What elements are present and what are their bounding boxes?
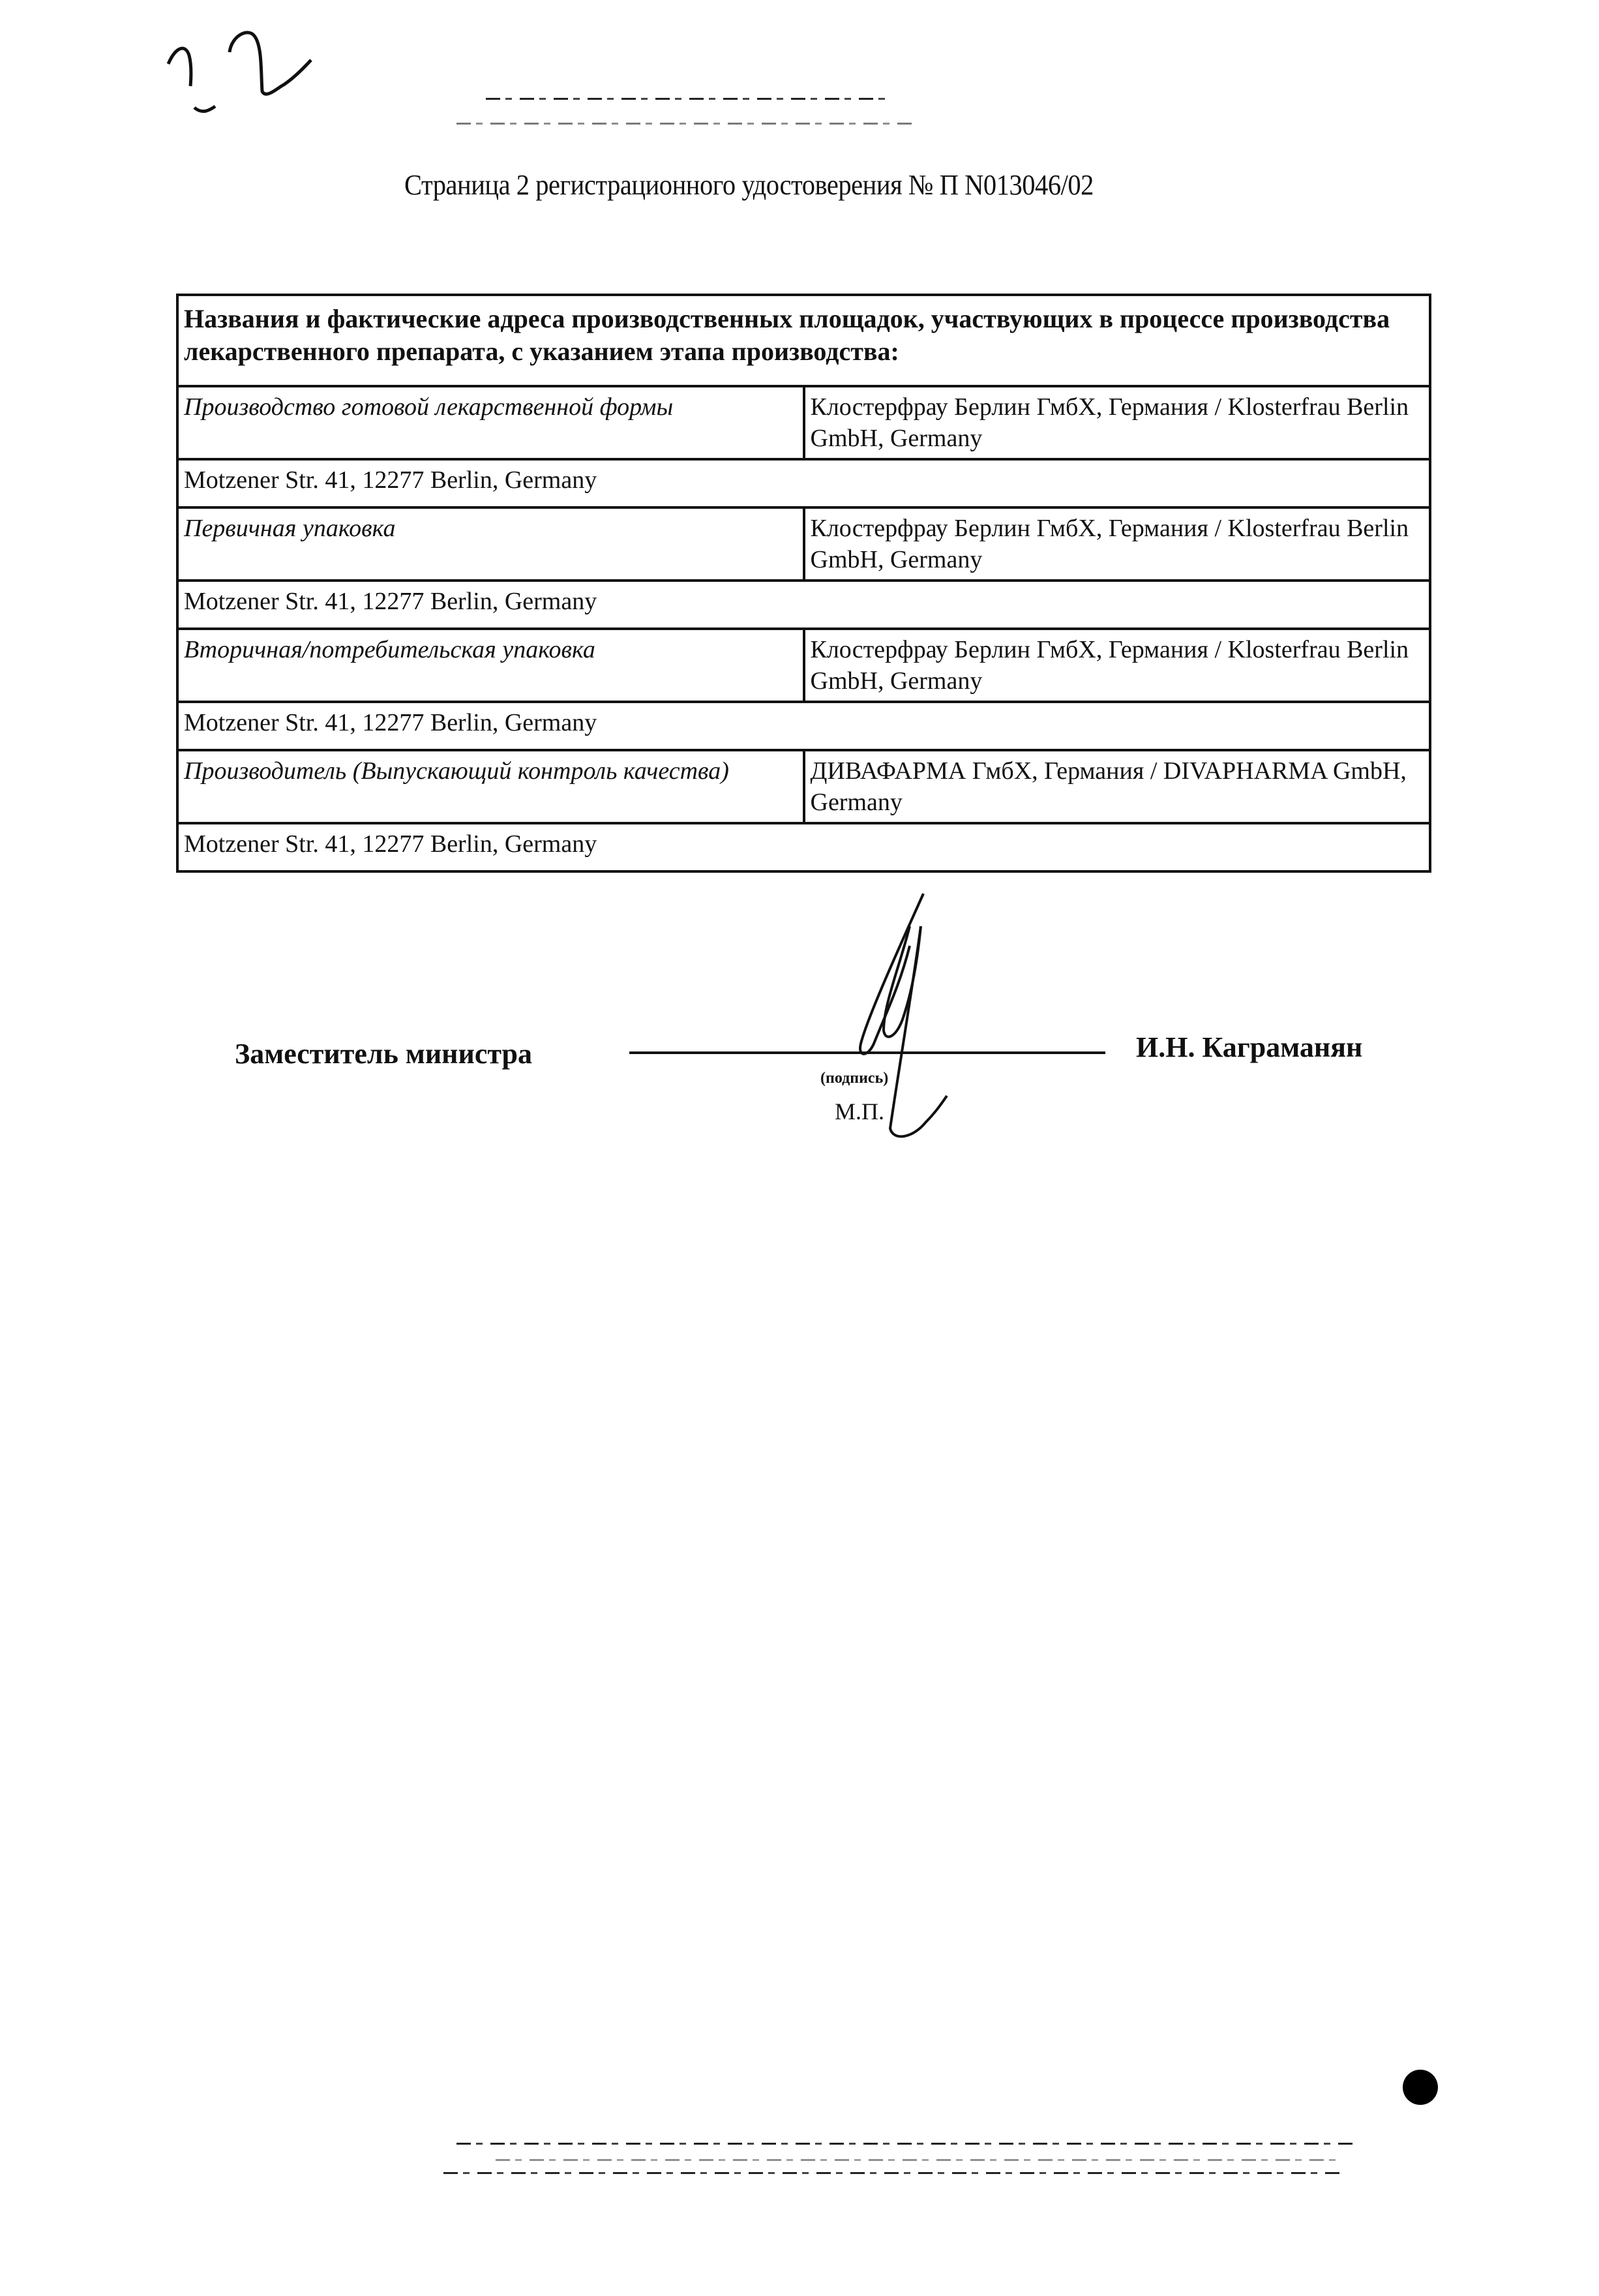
site-address: Motzener Str. 41, 12277 Berlin, Germany <box>177 823 1430 871</box>
scan-artifact-line <box>443 2172 1343 2174</box>
site-address: Motzener Str. 41, 12277 Berlin, Germany <box>177 702 1430 750</box>
table-row: Производство готовой лекарственной формы… <box>177 386 1430 459</box>
table-heading: Названия и фактические адреса производст… <box>177 295 1430 386</box>
production-sites-table: Названия и фактические адреса производст… <box>176 294 1431 873</box>
production-stage: Производитель (Выпускающий контроль каче… <box>177 750 804 823</box>
signatory-role: Заместитель министра <box>235 1037 532 1070</box>
punch-hole-mark <box>1403 2070 1438 2105</box>
table-row: Motzener Str. 41, 12277 Berlin, Germany <box>177 459 1430 507</box>
company-name: ДИВАФАРМА ГмбХ, Германия / DIVAPHARMA Gm… <box>804 750 1431 823</box>
page-title: Страница 2 регистрационного удостоверени… <box>404 168 1094 202</box>
production-stage: Первичная упаковка <box>177 507 804 581</box>
handwritten-page-number <box>150 20 320 124</box>
site-address: Motzener Str. 41, 12277 Berlin, Germany <box>177 581 1430 629</box>
scan-artifact-line <box>456 123 913 125</box>
site-address: Motzener Str. 41, 12277 Berlin, Germany <box>177 459 1430 507</box>
table-row: Производитель (Выпускающий контроль каче… <box>177 750 1430 823</box>
table-row: Motzener Str. 41, 12277 Berlin, Germany <box>177 581 1430 629</box>
company-name: Клостерфрау Берлин ГмбХ, Германия / Klos… <box>804 507 1431 581</box>
table-row: Motzener Str. 41, 12277 Berlin, Germany <box>177 823 1430 871</box>
production-stage: Производство готовой лекарственной формы <box>177 386 804 459</box>
table-row: Motzener Str. 41, 12277 Berlin, Germany <box>177 702 1430 750</box>
table-heading-row: Названия и фактические адреса производст… <box>177 295 1430 386</box>
company-name: Клостерфрау Берлин ГмбХ, Германия / Klos… <box>804 629 1431 702</box>
table-row: Вторичная/потребительская упаковка Клост… <box>177 629 1430 702</box>
handwritten-signature <box>770 887 978 1148</box>
scan-artifact-line <box>456 2143 1356 2145</box>
scan-artifact-line <box>496 2159 1343 2161</box>
signatory-name: И.Н. Каграманян <box>1136 1031 1362 1064</box>
production-stage: Вторичная/потребительская упаковка <box>177 629 804 702</box>
table-row: Первичная упаковка Клостерфрау Берлин Гм… <box>177 507 1430 581</box>
company-name: Клостерфрау Берлин ГмбХ, Германия / Klos… <box>804 386 1431 459</box>
scan-artifact-line <box>486 98 890 100</box>
